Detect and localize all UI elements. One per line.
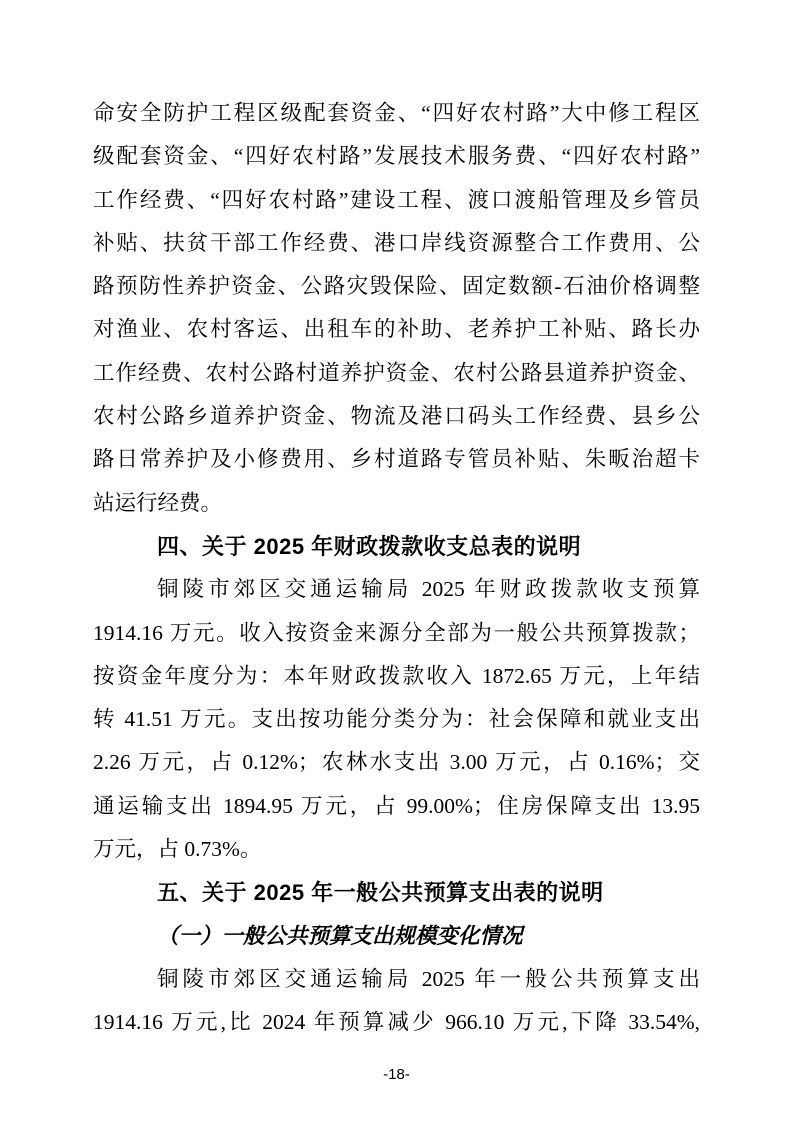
body-line: 级配套资金、“四好农村路”发展技术服务费、“四好农村路”: [93, 135, 700, 178]
body-line: 转 41.51 万元。支出按功能分类分为：社会保障和就业支出: [93, 698, 700, 741]
body-line: 农村公路乡道养护资金、物流及港口码头工作经费、县乡公: [93, 395, 700, 438]
body-line: 补贴、扶贫干部工作经费、港口岸线资源整合工作费用、公: [93, 222, 700, 265]
document-page: 命安全防护工程区级配套资金、“四好农村路”大中修工程区 级配套资金、“四好农村路…: [0, 0, 793, 1122]
body-line: 通运输支出 1894.95 万元，占 99.00%；住房保障支出 13.95: [93, 785, 700, 828]
document-body: 命安全防护工程区级配套资金、“四好农村路”大中修工程区 级配套资金、“四好农村路…: [93, 92, 700, 1045]
body-line-paragraph-end: 站运行经费。: [93, 482, 700, 525]
body-line: 2.26 万元，占 0.12%；农林水支出 3.00 万元，占 0.16%；交: [93, 741, 700, 784]
body-line: 按资金年度分为：本年财政拨款收入 1872.65 万元，上年结: [93, 655, 700, 698]
section5-subheading: （一）一般公共预算支出规模变化情况: [93, 915, 700, 958]
body-line: 路日常养护及小修费用、乡村道路专管员补贴、朱畈治超卡: [93, 438, 700, 481]
body-line: 1914.16 万元。收入按资金来源分全部为一般公共预算拨款；: [93, 612, 700, 655]
page-number: -18-: [0, 1066, 793, 1083]
body-line-paragraph-end: 万元，占 0.73%。: [93, 828, 700, 871]
body-line: 铜陵市郊区交通运输局 2025 年一般公共预算支出: [93, 958, 700, 1001]
body-line: 工作经费、“四好农村路”建设工程、渡口渡船管理及乡管员: [93, 179, 700, 222]
body-line: 命安全防护工程区级配套资金、“四好农村路”大中修工程区: [93, 92, 700, 135]
body-line: 路预防性养护资金、公路灾毁保险、固定数额-石油价格调整: [93, 265, 700, 308]
body-line: 1914.16 万元,比 2024 年预算减少 966.10 万元,下降 33.…: [93, 1001, 700, 1044]
body-line: 铜陵市郊区交通运输局 2025 年财政拨款收支预算: [93, 568, 700, 611]
body-line: 对渔业、农村客运、出租车的补助、老养护工补贴、路长办: [93, 308, 700, 351]
body-line: 工作经费、农村公路村道养护资金、农村公路县道养护资金、: [93, 352, 700, 395]
section5-heading: 五、关于 2025 年一般公共预算支出表的说明: [93, 871, 700, 914]
section4-heading: 四、关于 2025 年财政拨款收支总表的说明: [93, 525, 700, 568]
